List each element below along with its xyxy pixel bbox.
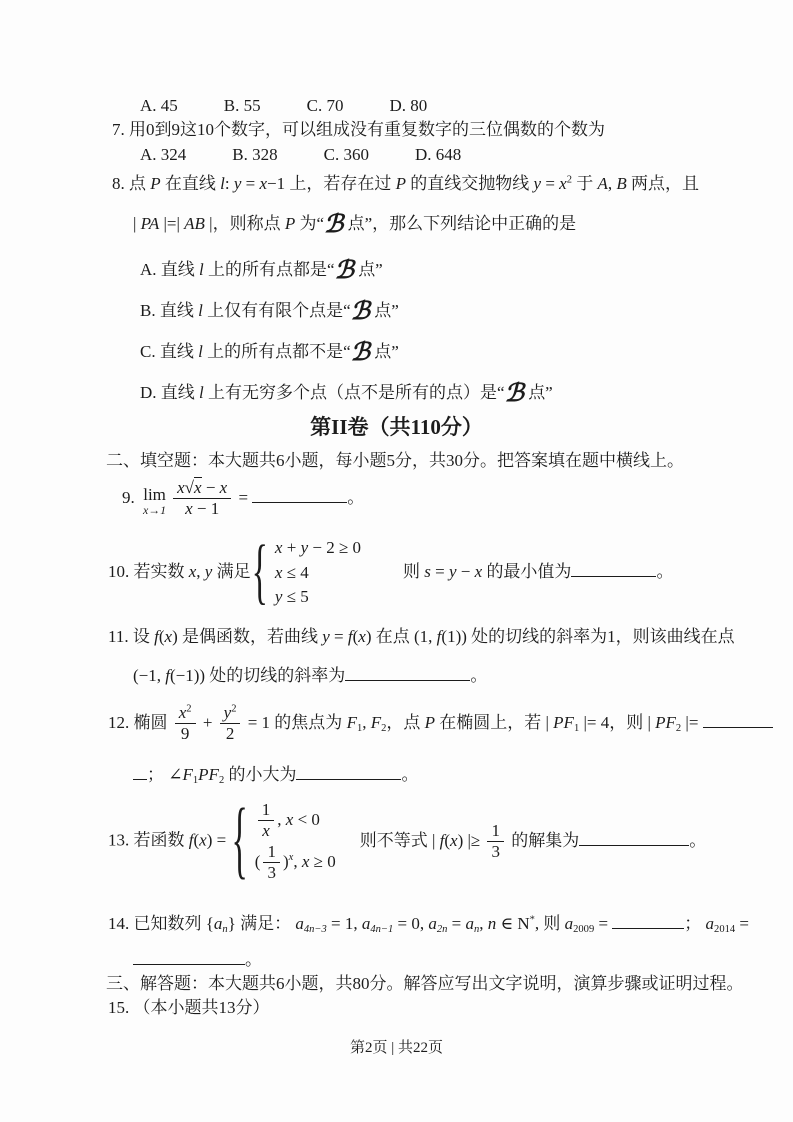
question-8-line2: | PA |=| AB |，则称点 P 为“ℬ 点”，那么下列结论中正确的是 — [133, 206, 576, 242]
option-c: C. 360 — [324, 143, 369, 168]
question-14-line1: 14. 已知数列 {an} 满足： a4n−3 = 1, a4n−1 = 0, … — [108, 912, 749, 937]
question-9: 9. limx→1x√x − xx − 1 = 。 — [122, 478, 364, 520]
case-1: 1x, x < 0 — [255, 800, 336, 842]
question-12-line2: ； ∠F1PF2 的小大为。 — [133, 763, 418, 788]
constraint-1: x + y − 2 ≥ 0 — [275, 536, 361, 561]
option-d: D. 648 — [415, 143, 461, 168]
question-13-suffix: 则不等式 | f(x) |≥ 13 的解集为。 — [360, 831, 707, 850]
section-2-title: 第II卷（共110分） — [0, 412, 793, 442]
question-10-suffix: 则 s = y − x 的最小值为。 — [403, 562, 673, 581]
constraint-3: y ≤ 5 — [275, 585, 361, 610]
question-8-option-a: A. 直线 l 上的所有点都是“ℬ 点” — [140, 252, 383, 288]
question-7-options: A. 324 B. 328 C. 360 D. 648 — [140, 143, 461, 168]
option-a: A. 324 — [140, 143, 186, 168]
option-a: A. 45 — [140, 94, 178, 119]
question-13-prefix: 13. 若函数 f(x) = — [108, 831, 230, 850]
fill-in-instructions: 二、填空题：本大题共6小题，每小题5分，共30分。把答案填在题中横线上。 — [106, 449, 684, 474]
question-6-options: A. 45 B. 55 C. 70 D. 80 — [140, 94, 427, 119]
question-10: 10. 若实数 x, y 满足{ x + y − 2 ≥ 0 x ≤ 4 y ≤… — [108, 536, 673, 610]
page-number-footer: 第2页 | 共22页 — [0, 1038, 793, 1060]
section-3-instructions: 三、解答题：本大题共6小题，共80分。解答应写出文字说明，演算步骤或证明过程。 — [106, 972, 744, 997]
option-b: B. 328 — [232, 143, 277, 168]
question-7-text: 7. 用0到9这10个数字，可以组成没有重复数字的三位偶数的个数为 — [112, 118, 605, 143]
question-11-line2: (−1, f(−1)) 处的切线的斜率为。 — [133, 664, 487, 689]
question-13: 13. 若函数 f(x) = { 1x, x < 0 (13)x, x ≥ 0 … — [108, 800, 706, 884]
question-12-line1: 12. 椭圆 x29 + y22 = 1 的焦点为 F1, F2，点 P 在椭圆… — [108, 703, 773, 745]
option-b: B. 55 — [224, 94, 261, 119]
question-8-option-b: B. 直线 l 上仅有有限个点是“ℬ 点” — [140, 293, 399, 329]
piecewise-cases: 1x, x < 0 (13)x, x ≥ 0 — [255, 800, 336, 884]
question-8-option-c: C. 直线 l 上的所有点都不是“ℬ 点” — [140, 334, 399, 370]
question-15-header: 15. （本小题共13分） — [108, 996, 270, 1021]
option-c: C. 70 — [307, 94, 344, 119]
case-2: (13)x, x ≥ 0 — [255, 842, 336, 884]
question-10-prefix: 10. 若实数 x, y 满足 — [108, 562, 251, 581]
question-8-line1: 8. 点 P 在直线 l: y = x−1 上，若存在过 P 的直线交抛物线 y… — [112, 172, 699, 197]
constraint-2: x ≤ 4 — [275, 561, 361, 586]
question-14-line2: 。 — [133, 948, 262, 973]
question-11-line1: 11. 设 f(x) 是偶函数，若曲线 y = f(x) 在点 (1, f(1)… — [108, 625, 735, 650]
option-d: D. 80 — [389, 94, 427, 119]
system-brace: { — [251, 520, 269, 626]
constraint-system: x + y − 2 ≥ 0 x ≤ 4 y ≤ 5 — [275, 536, 361, 610]
piecewise-brace: { — [230, 779, 248, 905]
exam-paper-page: A. 45 B. 55 C. 70 D. 80 7. 用0到9这10个数字，可以… — [0, 0, 793, 1122]
question-8-option-d: D. 直线 l 上有无穷多个点（点不是所有的点）是“ℬ 点” — [140, 375, 553, 411]
